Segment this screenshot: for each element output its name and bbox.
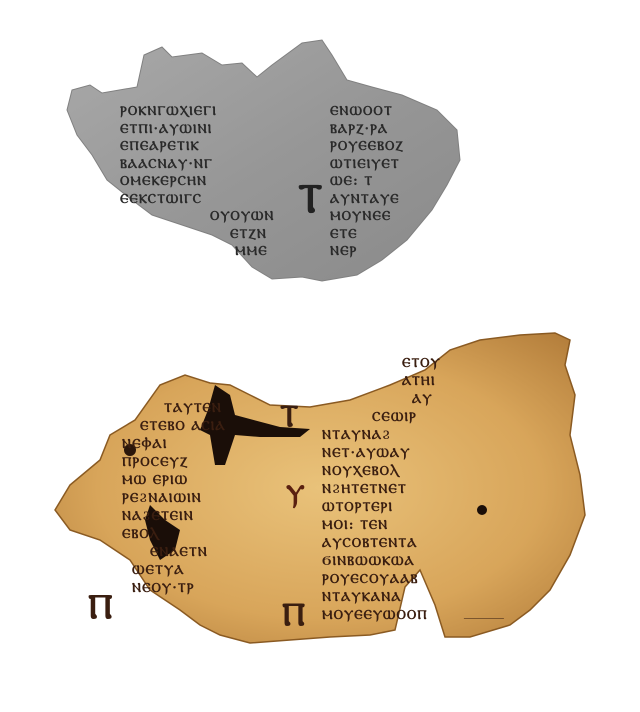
text-line: ⲞⲘⲈⲔⲈⲢⲤⲎⲚ (120, 173, 285, 191)
color-fragment-photo: ⲦⲀⲨⲦⲈⲚ ⲈⲦⲈⲂⲞ ⲀⲤⲒⲀ ⲚⲈⲪⲀⲒ ⲠⲢⲞⲤⲈⲨⲌ ⲘⲰ ⲈⲢⲒⲰ … (50, 325, 590, 650)
text-line: ⲈⲦⲞⲨ (322, 355, 492, 373)
text-line: ⲀⲦⲎⲒ (322, 373, 492, 391)
text-line: ⲂⲀⲢⲌ·ⲢⲀ (330, 121, 460, 139)
text-line: ⲂⲀⲀⲤⲚⲀⲨ·ⲚⲄ (120, 156, 285, 174)
text-line: ⲤⲈⲰⲒⲢ (322, 409, 492, 427)
text-line: ⲈⲦⲌⲚ (120, 226, 285, 244)
color-right-column: ⲈⲦⲞⲨ ⲀⲦⲎⲒ ⲀⲨ ⲤⲈⲰⲒⲢ ⲚⲦⲀⲨⲚⲀϨ ⲚⲈⲦ·ⲀⲨⲰⲀⲨ ⲚⲞⲨ… (322, 355, 492, 625)
text-line: ⲢⲞⲨⲈⲤⲞⲨⲀⲀⲂ (322, 571, 492, 589)
text-line: ⲈⲚⲀⲈⲦⲚ (122, 544, 292, 562)
grayscale-left-column: ⲢⲞⲔⲚⲄⲰⲬⲒⲈⲄⲒ ⲈⲦⲠⲒ·ⲀⲨⲰⲒⲚⲒ ⲈⲠⲈⲀⲢⲈⲦⲒⲔ ⲂⲀⲀⲤⲚⲀ… (120, 103, 285, 261)
decorated-initial: Ⲡ (282, 595, 306, 634)
text-line: ⲈⲦⲈⲂⲞ ⲀⲤⲒⲀ (122, 418, 292, 436)
text-line: ⲦⲀⲨⲦⲈⲚ (122, 400, 292, 418)
decorated-initial: Ⲧ (298, 175, 324, 222)
text-line: ⲚⲞⲨⲬⲈⲂⲞⲖ (322, 463, 492, 481)
text-line: ⲢⲞⲨⲈⲈⲂⲞⲌ (330, 138, 460, 156)
text-line: ⲈⲂⲞⲖ (122, 526, 292, 544)
text-line: ⲢⲈϨⲚⲀⲒⲰⲒⲚ (122, 490, 292, 508)
text-line: ⲚϨⲎⲦⲈⲦⲚⲈⲦ (322, 481, 492, 499)
text-line: ⲰⲈ: Ⲧ (330, 173, 460, 191)
decorated-initial: Ⲡ (88, 587, 114, 627)
text-line: ⲰⲈⲦⲨⲀ (122, 562, 292, 580)
decorated-initial: Ⲩ (286, 480, 306, 511)
text-line: ⲀⲨⲤⲞⲂⲦⲈⲚⲦⲀ (322, 535, 492, 553)
text-line: ⲘⲘⲈ (120, 243, 285, 261)
text-line: ⲀⲨⲚⲦⲀⲨⲈ (330, 191, 460, 209)
text-line: ⲈⲚⲰⲞⲞⲦ (330, 103, 460, 121)
text-line: ⲚⲈⲪⲀⲒ (122, 436, 292, 454)
decorated-initial: Ⲧ (280, 399, 299, 434)
text-line: ⲈⲦⲠⲒ·ⲀⲨⲰⲒⲚⲒ (120, 121, 285, 139)
text-line: ⲈⲦⲈ (330, 226, 460, 244)
text-line: ⲚⲦⲀⲨⲚⲀϨ (322, 427, 492, 445)
text-line: ⲀⲨ (322, 391, 492, 409)
text-line: ⲘⲞⲒ: ⲦⲈⲚ (322, 517, 492, 535)
text-line: ⲚⲈⲦ·ⲀⲨⲰⲀⲨ (322, 445, 492, 463)
text-line: ⲈⲈⲔⲤⲦⲰⲒⲄⲤ (120, 191, 285, 209)
signature-scribble (464, 612, 507, 619)
text-line: ⲰⲦⲞⲢⲦⲈⲢⲒ (322, 499, 492, 517)
text-line: ⲘⲰ ⲈⲢⲒⲰ (122, 472, 292, 490)
text-line: ⲈⲠⲈⲀⲢⲈⲦⲒⲔ (120, 138, 285, 156)
text-line: ⲰⲦⲒⲈⲒⲨⲈⲦ (330, 156, 460, 174)
grayscale-right-column: ⲈⲚⲰⲞⲞⲦ ⲂⲀⲢⲌ·ⲢⲀ ⲢⲞⲨⲈⲈⲂⲞⲌ ⲰⲦⲒⲈⲒⲨⲈⲦ ⲰⲈ: Ⲧ Ⲁ… (330, 103, 460, 261)
text-line: ⲚⲈⲞⲨ·ⲦⲢ (122, 580, 292, 598)
color-left-column: ⲦⲀⲨⲦⲈⲚ ⲈⲦⲈⲂⲞ ⲀⲤⲒⲀ ⲚⲈⲪⲀⲒ ⲠⲢⲞⲤⲈⲨⲌ ⲘⲰ ⲈⲢⲒⲰ … (122, 400, 292, 598)
grayscale-fragment-photo: ⲢⲞⲔⲚⲄⲰⲬⲒⲈⲄⲒ ⲈⲦⲠⲒ·ⲀⲨⲰⲒⲚⲒ ⲈⲠⲈⲀⲢⲈⲦⲒⲔ ⲂⲀⲀⲤⲚⲀ… (62, 35, 467, 285)
text-line: ⲚⲈⲢ (330, 243, 460, 261)
text-line: ⲢⲞⲔⲚⲄⲰⲬⲒⲈⲄⲒ (120, 103, 285, 121)
text-line: ⲠⲢⲞⲤⲈⲨⲌ (122, 454, 292, 472)
text-line: ⲞⲨⲞⲨⲰⲚ (120, 208, 285, 226)
text-line: ϬⲒⲚⲂⲰⲰⲔⲰⲀ (322, 553, 492, 571)
text-line: ⲚⲀϨⲈⲦⲈⲒⲚ (122, 508, 292, 526)
text-line: ⲘⲞⲨⲚⲈⲈ (330, 208, 460, 226)
text-line: ⲚⲦⲀⲨⲔⲀⲚⲀ (322, 589, 492, 607)
